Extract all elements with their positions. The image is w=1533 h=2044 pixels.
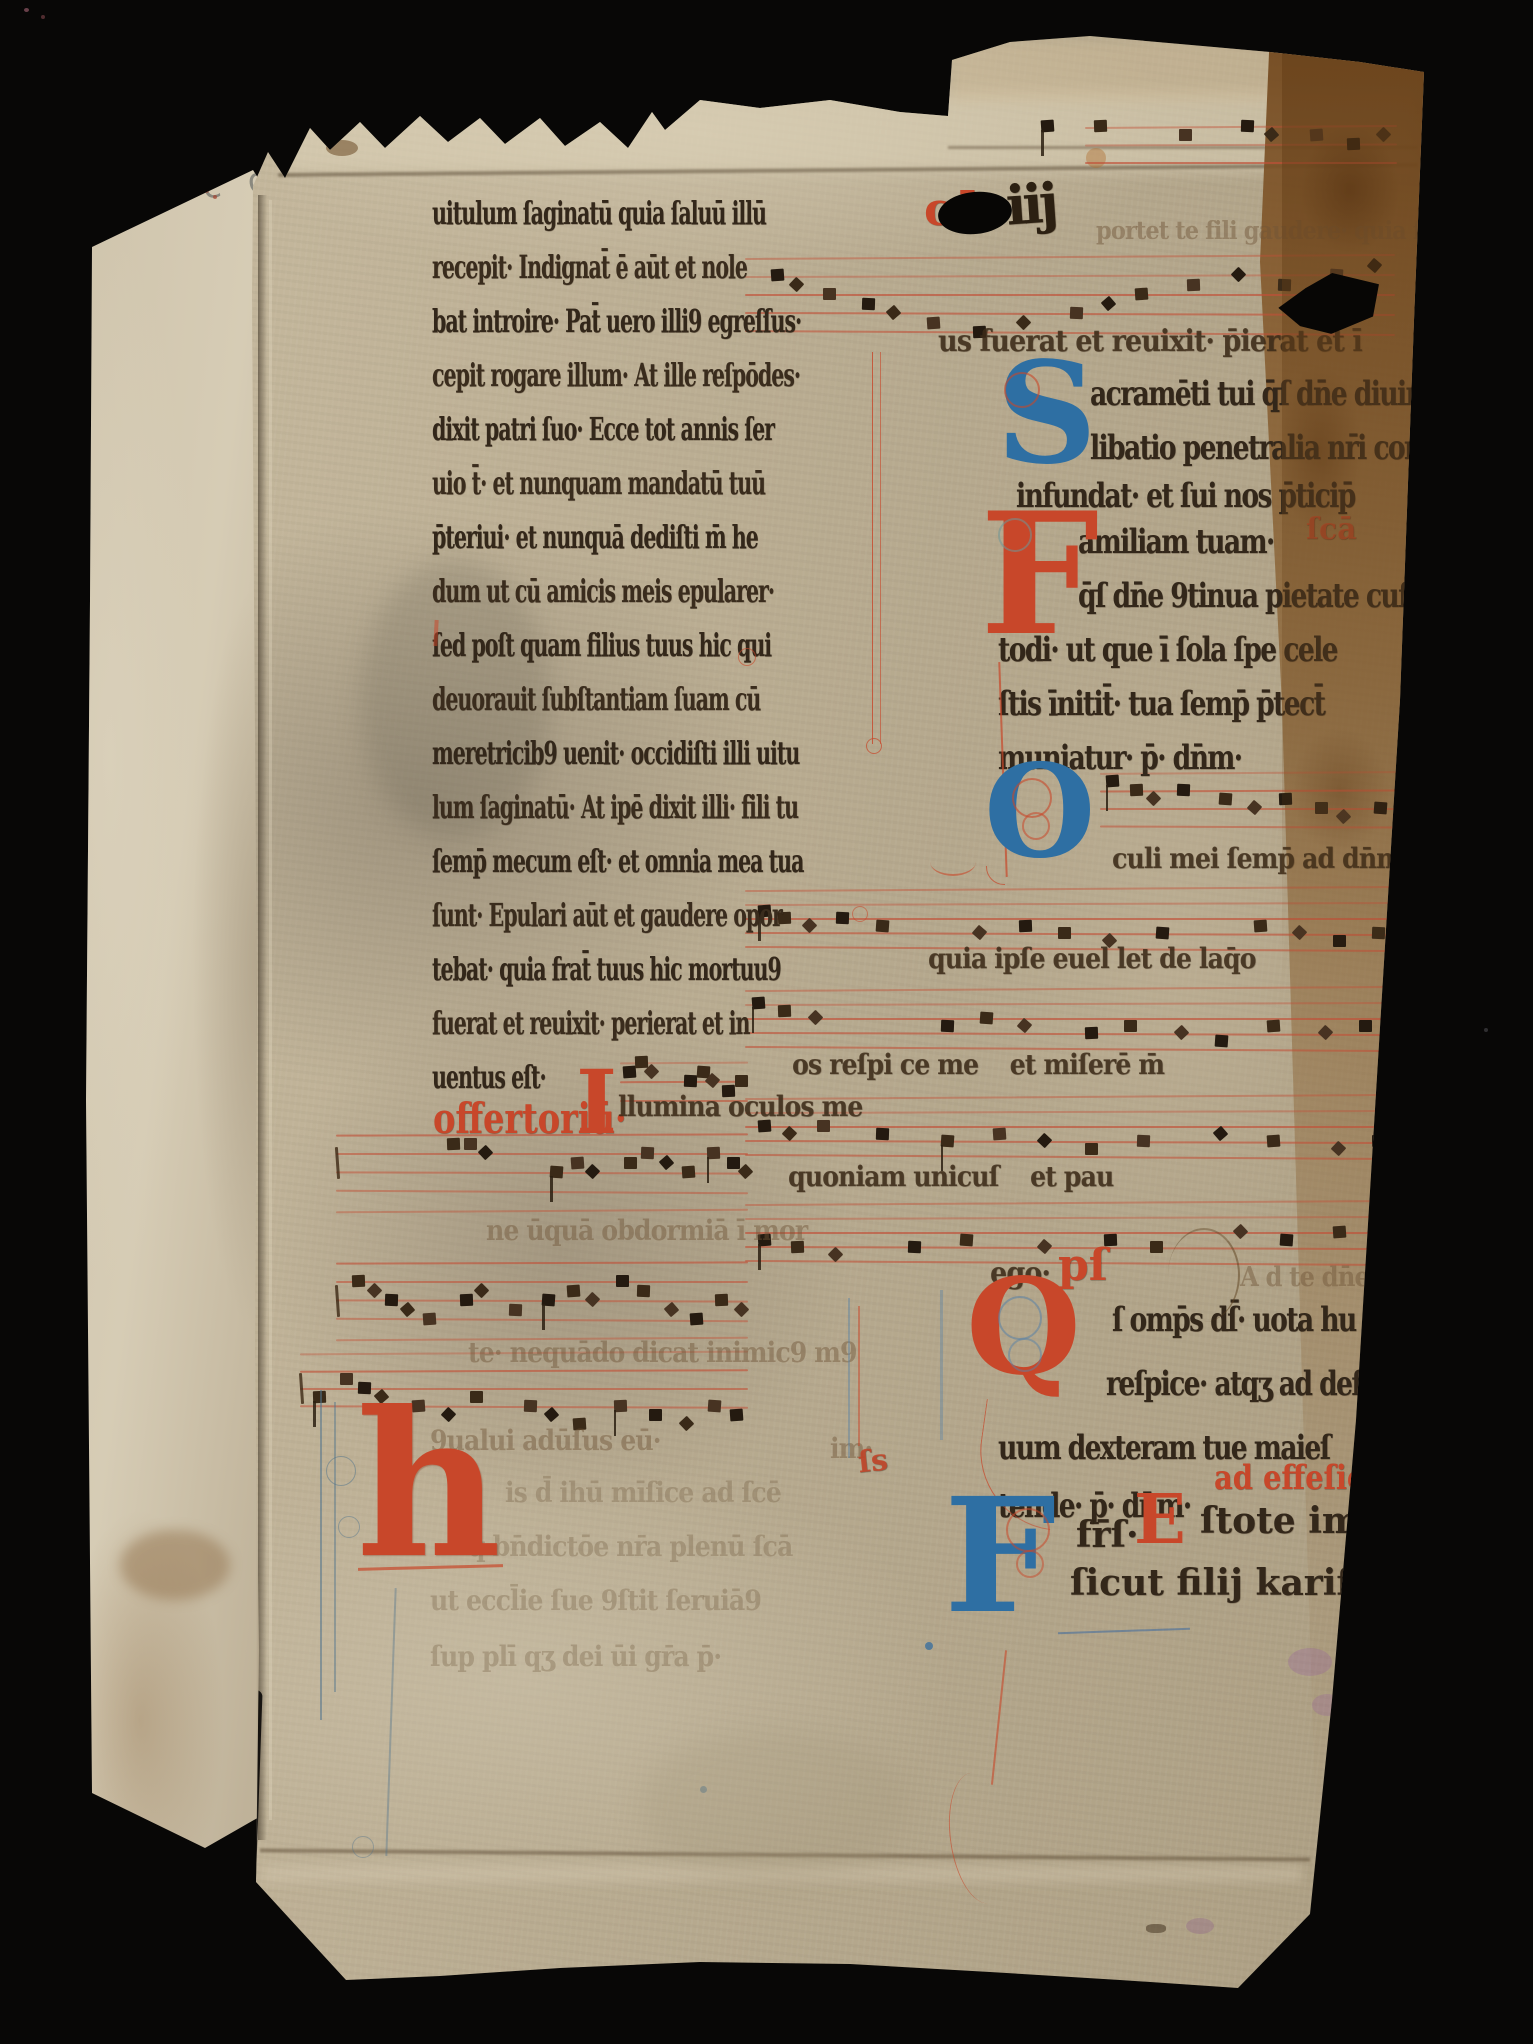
flap-stain — [120, 1530, 230, 1600]
initial-F-red: F — [980, 490, 1099, 658]
neume — [1070, 307, 1083, 319]
collect-line: amiliam tuam· — [1078, 522, 1274, 562]
penwork-curl — [1004, 372, 1040, 408]
neume — [679, 1416, 695, 1432]
neume — [1124, 1020, 1137, 1032]
neume — [422, 1313, 436, 1326]
staff-line — [1100, 826, 1398, 829]
staff-line — [745, 1232, 1398, 1234]
background-speck — [41, 15, 45, 19]
neume — [682, 1166, 696, 1179]
neume — [570, 1156, 584, 1169]
neume — [993, 1127, 1007, 1140]
neume — [544, 1407, 560, 1423]
neume — [971, 925, 987, 941]
neume — [585, 1164, 601, 1180]
staff-line — [745, 986, 1398, 992]
neume-stem — [550, 1176, 553, 1202]
neume — [1317, 1025, 1333, 1041]
staff-line — [1085, 162, 1397, 164]
introit-text: culi mei ſemp̄ ad dn̄m — [1112, 842, 1402, 875]
neume — [1367, 257, 1383, 273]
neume — [1315, 802, 1328, 814]
penwork-hairline — [320, 1390, 322, 1720]
neume-stem — [707, 1157, 710, 1183]
neume — [1370, 1231, 1386, 1247]
neume — [1264, 127, 1280, 143]
staff-line — [336, 1261, 748, 1264]
prose-line: uitulum ſaginatū quia ſaluū illū — [432, 186, 790, 240]
neume — [1174, 1025, 1190, 1041]
neume — [1278, 278, 1291, 290]
neume — [1232, 1224, 1248, 1240]
neume — [1230, 267, 1246, 283]
staff-line — [336, 1190, 748, 1195]
initial-h-red: h — [356, 1386, 501, 1586]
staff-line — [745, 902, 1398, 906]
introit-text: quoniam unicuſ et pau — [788, 1160, 1113, 1193]
neume — [1019, 919, 1032, 931]
staff-line — [745, 1018, 1398, 1020]
neume — [1179, 129, 1192, 141]
red-secreta-sign: ſs — [856, 1443, 889, 1481]
epistle-rubric-ad-ephesios: ad effeſios — [1214, 1458, 1382, 1498]
neume — [1241, 120, 1254, 132]
staff-line — [745, 1216, 1398, 1220]
pen-flourish — [1168, 1228, 1240, 1322]
gutter-filigree-curl — [866, 738, 882, 754]
neume — [1177, 784, 1190, 796]
neume — [980, 1012, 994, 1025]
neume — [1130, 784, 1143, 796]
prose-line: dum ut cū amicis meis epularer· — [432, 564, 790, 618]
fratres-abbreviation: fr̄ſ· — [1076, 1514, 1138, 1556]
prose-line: deuorauit ſubſtantiam ſuam cū — [432, 672, 790, 726]
neume — [1333, 935, 1346, 947]
neume — [1135, 288, 1149, 301]
staff-line — [745, 254, 1395, 260]
neume — [836, 912, 849, 924]
neume — [1291, 925, 1307, 941]
postcommunion-line: libatio penetralia nr̄i cord̄ — [1090, 428, 1433, 468]
blue-dot — [925, 1642, 933, 1650]
prose-line: ſemp̄ mecum eſt· et omnia mea tua — [432, 834, 790, 888]
neume — [1279, 793, 1292, 805]
prose-line: meretricib9 uenit· occidiſti illi uitu — [432, 726, 790, 780]
neume — [1267, 1135, 1281, 1148]
penwork-curl — [998, 1296, 1042, 1340]
parchment-flap: 2 c d — [80, 160, 280, 1860]
neume — [478, 1145, 494, 1161]
neume — [1145, 791, 1161, 807]
neume — [641, 1147, 654, 1159]
faded-prayer-line: q̄ bn̄dictōe nr̄a plenū ſcā — [468, 1530, 792, 1563]
neume — [733, 1301, 749, 1317]
neume — [828, 1246, 844, 1262]
neume — [1254, 919, 1268, 932]
chant-text-faded: te· nequādo dicat inimic9 m9 — [468, 1336, 857, 1369]
neume — [352, 1275, 365, 1287]
red-fragment: ſcā — [1306, 512, 1357, 547]
neume — [624, 1157, 637, 1169]
neume-stem — [313, 1401, 316, 1427]
neume — [1084, 1027, 1097, 1039]
neume — [637, 1284, 650, 1296]
prose-line: ſunt· Epulari aūt et gaudere opor — [432, 888, 790, 942]
staff-line — [336, 1281, 748, 1283]
neume — [1372, 927, 1385, 939]
prose-line: recepit· Indignat̄ ē aūt et nole — [432, 240, 790, 294]
faded-prayer-line: ſup plī qʒ dei ūi gr̄a p̄· — [430, 1640, 721, 1673]
red-speck — [204, 188, 209, 193]
neume — [566, 1284, 580, 1297]
neume — [727, 1157, 740, 1169]
neume — [1156, 927, 1170, 940]
neume — [616, 1275, 629, 1287]
gutter-squiggle — [852, 906, 868, 922]
collect-line: q̄ſ dn̄e 9tinua pietate cuſ — [1078, 576, 1408, 616]
neume — [400, 1301, 416, 1317]
neume — [524, 1400, 537, 1412]
penwork-spiral — [1022, 812, 1050, 840]
staff-line — [336, 1153, 748, 1155]
purple-stain — [1186, 1918, 1214, 1934]
neume — [1150, 1241, 1163, 1253]
initial-I-illumina: I — [576, 1058, 617, 1146]
penwork-curl — [930, 848, 976, 876]
left-column-prose: uitulum ſaginatū quia ſaluū illū recepit… — [432, 186, 790, 1104]
neume — [823, 288, 836, 300]
penwork-hairline — [334, 1402, 336, 1692]
neume — [663, 1301, 679, 1317]
chant-text-faded: portet te fili gaudere· quia fr̄ — [1096, 216, 1432, 245]
initial-E-red: E — [1134, 1486, 1186, 1554]
neume — [1336, 809, 1352, 825]
neume-stem — [758, 1244, 761, 1270]
neume — [385, 1294, 398, 1306]
neume — [1247, 800, 1263, 816]
neume — [730, 1409, 744, 1422]
gutter-filigree — [848, 1298, 850, 1458]
postcommunion-line: acramēti tui q̄ſ dn̄e diuina — [1090, 374, 1439, 414]
neume — [875, 919, 889, 932]
neume — [715, 1294, 728, 1306]
neume — [509, 1303, 522, 1315]
neume — [1347, 138, 1360, 150]
epistle-text: ſicut filij kariſſimi· et — [1070, 1562, 1497, 1604]
introit-text: os reſpi ce me et miſerē m̄ — [792, 1048, 1164, 1081]
neume — [1100, 295, 1116, 311]
neume — [875, 1127, 888, 1139]
gutter-squiggle — [738, 648, 756, 666]
neume — [808, 1010, 824, 1026]
neume — [1267, 1019, 1281, 1032]
penwork-curl — [338, 1516, 360, 1538]
background-speck — [24, 8, 29, 12]
neume — [707, 1400, 721, 1413]
neume-stem — [542, 1304, 545, 1330]
neume — [862, 297, 875, 309]
background-speck — [1484, 1028, 1488, 1032]
prose-line: fuerat et reuixit· perierat et in — [432, 996, 790, 1050]
prose-line: uio t̄· et nunquam mandatū tuū — [432, 456, 790, 510]
gutter-filigree — [858, 1306, 860, 1446]
collect-line: ſ omp̄s dſ̄· uota hu — [1112, 1300, 1356, 1340]
prose-line: lum ſaginatū· At ipē dixit illi· fili tu — [432, 780, 790, 834]
neume — [367, 1282, 383, 1298]
neume — [335, 1147, 340, 1179]
neume — [585, 1292, 601, 1308]
staff-line — [745, 1200, 1398, 1206]
neume — [690, 1313, 704, 1326]
neume — [1219, 793, 1233, 806]
prose-line: tebat· quia frat̄ tuus hic mortuu9 — [432, 942, 790, 996]
penwork-curl — [1008, 1338, 1042, 1372]
prose-line: p̄teriui· et nunquā dediſti m̄ he — [432, 510, 790, 564]
gutter-filigree — [872, 352, 881, 744]
faded-prayer-line: is d̄ ihū mīſice ad ſcē — [505, 1476, 781, 1509]
neume — [459, 1294, 472, 1306]
penwork-curl — [352, 1836, 374, 1858]
neume — [1332, 1226, 1346, 1239]
prose-line: cepit rogare illum· At ille reſpōdes· — [432, 348, 790, 402]
initial-S-blue: S — [996, 344, 1097, 484]
staff-line — [745, 1140, 1398, 1144]
neume — [1280, 1233, 1294, 1246]
neume — [1359, 1020, 1372, 1032]
cue-strokes-iij: iij — [1004, 170, 1057, 237]
neume — [1372, 1135, 1385, 1147]
neume — [1058, 927, 1071, 939]
psalm-verse-incipit: A d te dn̄e — [1240, 1262, 1369, 1293]
penwork-hairline — [940, 1290, 943, 1440]
neume — [659, 1154, 675, 1170]
collect-line: ſtis īnitit̄· tua ſemp̄ p̄tect̄ — [998, 684, 1324, 724]
red-speck — [213, 195, 217, 199]
neume — [1037, 1133, 1053, 1149]
penwork-curl — [1016, 1550, 1044, 1578]
collect-line: reſpice· atqʒ ad defenſi — [1106, 1364, 1413, 1404]
neume — [1187, 278, 1200, 290]
neume — [1309, 129, 1323, 142]
neume — [788, 276, 804, 292]
neume — [960, 1233, 974, 1246]
neume — [1094, 120, 1107, 132]
staff-line — [745, 1002, 1398, 1006]
photograph-of-manuscript-leaf: 2 c d uitulum ſaginatū quia ſaluū illū r… — [0, 0, 1533, 2044]
prose-line: dixit patri ſuo· Ecce tot annis ſer — [432, 402, 790, 456]
neume — [340, 1373, 353, 1385]
staff-line — [745, 274, 1395, 278]
neume — [1085, 1143, 1098, 1155]
penwork-curl — [998, 518, 1032, 552]
neume — [941, 1019, 954, 1031]
neume — [1374, 802, 1388, 815]
staff-line — [336, 1209, 748, 1214]
staff-line — [745, 1032, 1398, 1036]
neume-stem — [1041, 130, 1044, 156]
neume — [649, 1409, 662, 1421]
purple-stain — [1288, 1648, 1332, 1676]
neume — [474, 1282, 490, 1298]
penwork-curl — [326, 1456, 356, 1486]
neume — [1137, 1135, 1150, 1147]
staff-line — [745, 1126, 1398, 1128]
neume-stem — [1106, 785, 1109, 811]
neume — [1376, 127, 1392, 143]
chant-text-faded: ne ūquā obdormiā ī mor — [486, 1214, 807, 1247]
chant-incipit: llumina oculos me — [618, 1090, 862, 1123]
neume — [1215, 1034, 1229, 1047]
staff-line — [1100, 790, 1398, 793]
epistle-text: ſtote imitat̄ — [1200, 1500, 1430, 1542]
prose-line: bat introire· Pat̄ uero illi9 egreſſus· — [432, 294, 790, 348]
introit-text: quia ipſe euel let de laq̄o — [928, 942, 1256, 975]
neume — [908, 1241, 921, 1253]
purple-stain — [1312, 1694, 1342, 1716]
neume — [886, 305, 902, 321]
penwork-curl — [1006, 1508, 1050, 1552]
prose-line: ſed poſt quam filius tuus hic qui — [432, 618, 790, 672]
